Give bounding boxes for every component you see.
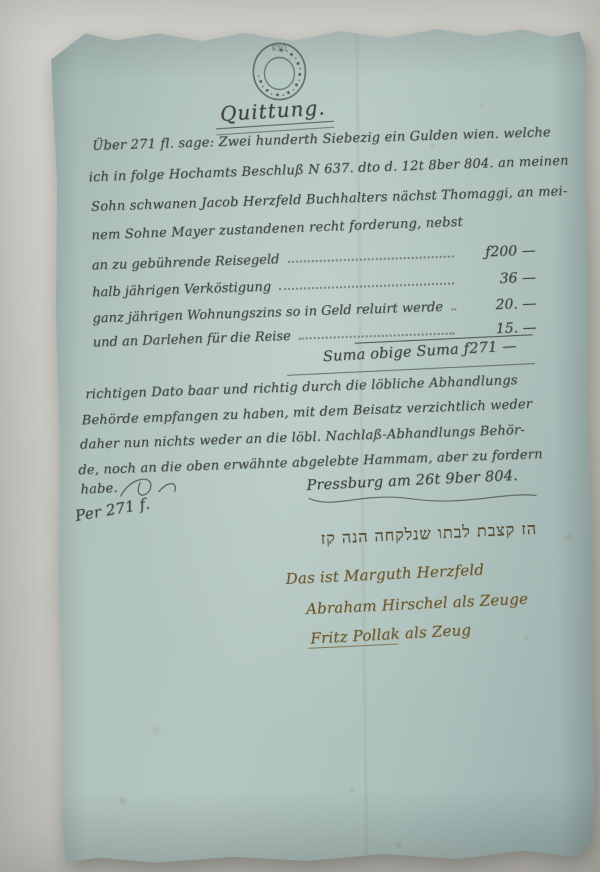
closing-line: Behörde empfangen zu haben, mit dem Beis…: [81, 397, 532, 429]
item-label: ganz jährigen Wohnungszins so in Geld re…: [92, 300, 443, 327]
photo-backdrop: ▪ • ▪ • ▪ • ▪ • ▪ • ▪ • ▪ • ▪ • ▪ • KTO …: [0, 0, 600, 872]
dotted-leader: [451, 298, 455, 310]
item-label: halb jährigen Verköstigung: [92, 280, 271, 301]
charge-item-row: halb jährigen Verköstigung 36 —: [92, 270, 536, 301]
side-note: Per 271 f.: [74, 494, 151, 524]
dotted-leader: [287, 245, 454, 263]
signature-line: Abraham Hirschel als Zeuge: [306, 590, 529, 618]
sum-line: Suma obige Suma ƒ271 —: [323, 338, 518, 365]
closing-line: richtigen Dato baar und richtig durch di…: [85, 373, 518, 402]
item-amount: 36 —: [462, 270, 536, 288]
stamp-top-text: KTO: [272, 44, 287, 52]
body-line: Sohn schwanen Jacob Herzfeld Buchhalters…: [91, 184, 568, 215]
signature-line: Das ist Marguth Herzfeld: [285, 561, 484, 588]
dateline-flourish: [303, 487, 543, 510]
hebrew-signature-line: הז קצבת לבתו שנלקחה הנה קז: [269, 519, 538, 552]
closing-line: daher nun nichts weder an die löbl. Nach…: [80, 423, 525, 453]
dotted-leader: [279, 272, 454, 290]
body-line: ich in folge Hochamts Beschluß N 637. dt…: [89, 154, 569, 186]
svg-text:▪ • ▪ • ▪ • ▪ • ▪ • ▪ • ▪ • ▪: ▪ • ▪ • ▪ • ▪ • ▪ • ▪ • ▪ • ▪ • ▪ •: [256, 47, 303, 98]
item-amount: 20. —: [462, 296, 536, 314]
item-amount: ƒ200 —: [461, 243, 535, 261]
paper-sheet: ▪ • ▪ • ▪ • ▪ • ▪ • ▪ • ▪ • ▪ • ▪ • KTO …: [51, 25, 597, 867]
revenue-stamp-icon: ▪ • ▪ • ▪ • ▪ • ▪ • ▪ • ▪ • ▪ • ▪ • KTO: [249, 38, 310, 105]
body-line: Über 271 fl. sage: Zwei hunderth Siebezi…: [92, 125, 551, 154]
body-line: nem Sohne Mayer zustandenen recht forder…: [91, 215, 463, 244]
dotted-leader: [298, 322, 454, 339]
item-label: und an Darlehen für die Reise: [93, 329, 291, 351]
charge-item-row: an zu gebührende Reisegeld ƒ200 —: [92, 243, 536, 274]
closing-line: habe.: [80, 481, 118, 498]
item-label: an zu gebührende Reisegeld: [92, 252, 280, 273]
